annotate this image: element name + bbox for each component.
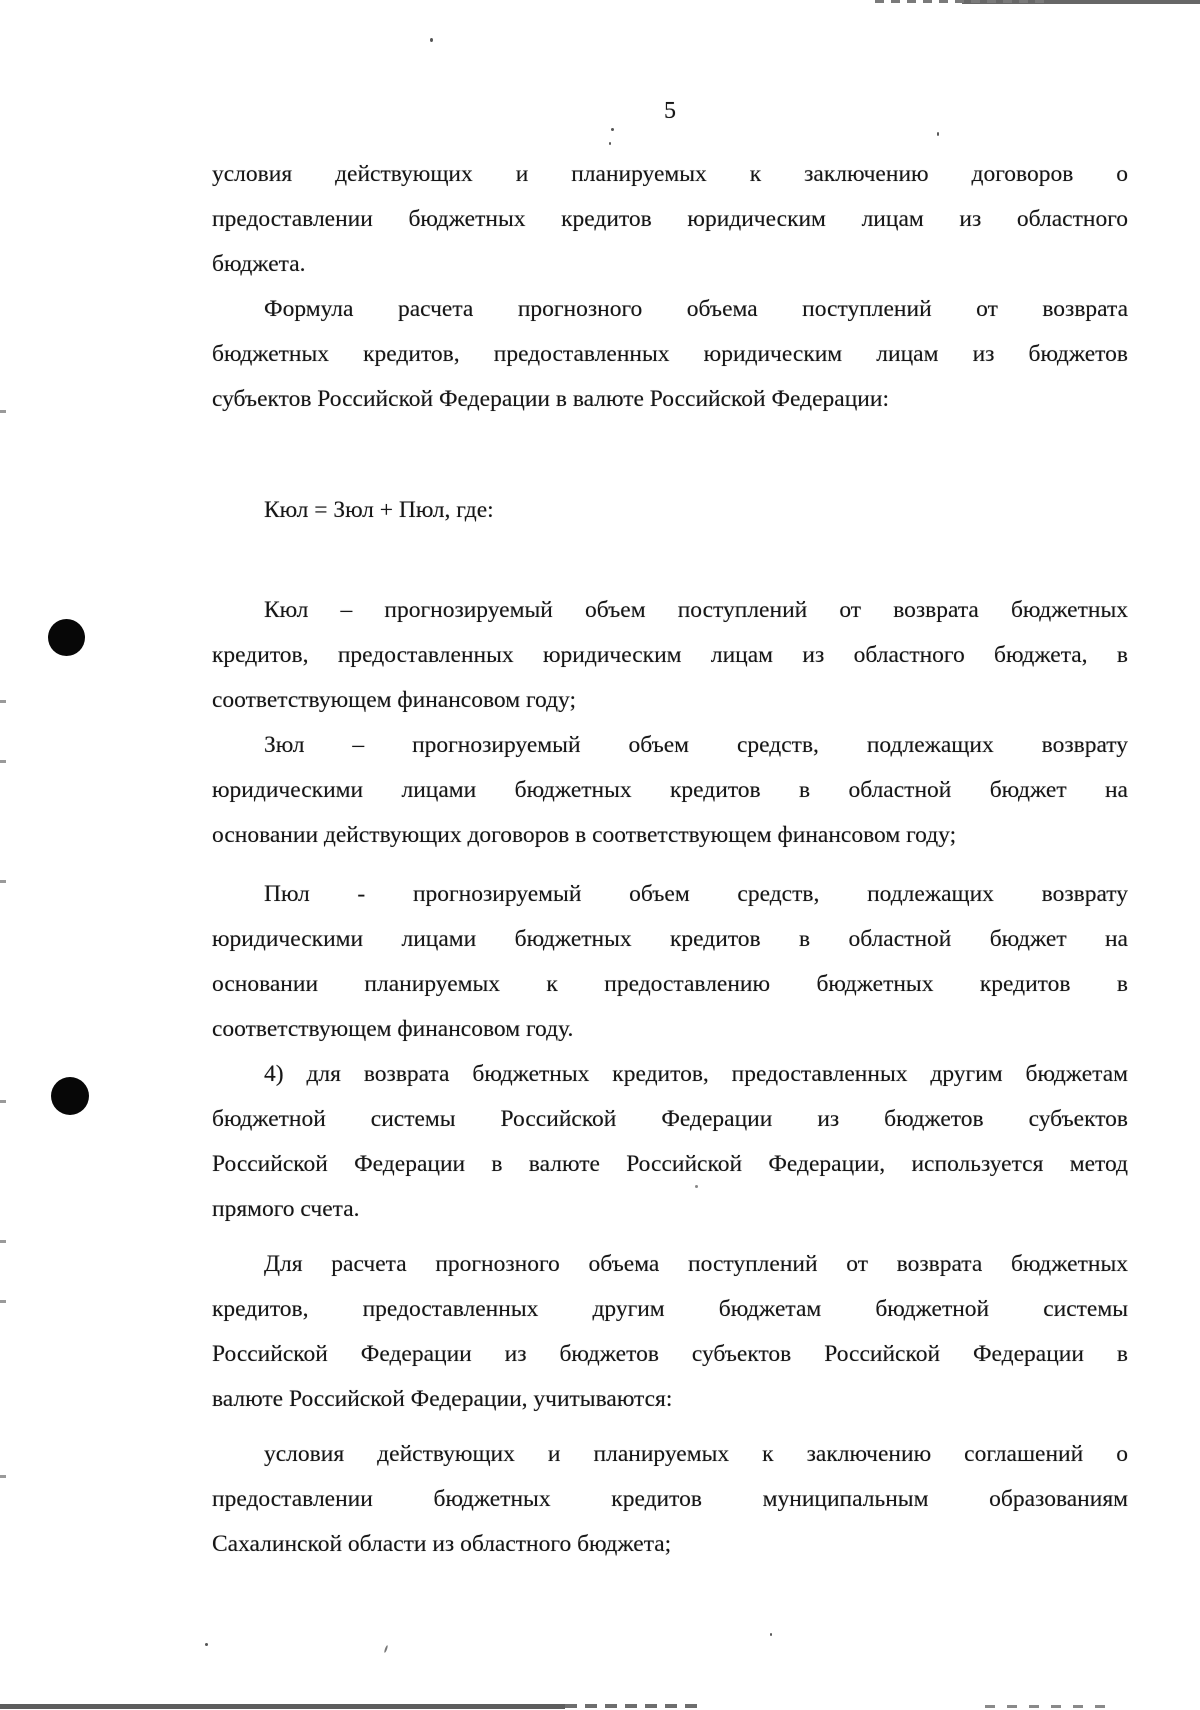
scan-edge-dashes-bottom xyxy=(565,1704,705,1708)
text-line: юридическими лицами бюджетных кредитов в… xyxy=(212,768,1128,813)
text-line: Сахалинской области из областного бюджет… xyxy=(212,1522,1128,1567)
text-line: кредитов, предоставленных другим бюджета… xyxy=(212,1287,1128,1332)
text-line: основании планируемых к предоставлению б… xyxy=(212,962,1128,1007)
scan-edge-tick xyxy=(0,1240,6,1243)
scan-edge-band-bottom xyxy=(0,1704,565,1709)
text-line: бюджетной системы Российской Федерации и… xyxy=(212,1097,1128,1142)
text-line: бюджета. xyxy=(212,242,1128,287)
text-line: субъектов Российской Федерации в валюте … xyxy=(212,377,1128,422)
hole-punch-dot xyxy=(48,619,85,656)
scan-edge-tick xyxy=(0,880,6,883)
scan-speck xyxy=(770,1633,772,1636)
text-line: Формула расчета прогнозного объема посту… xyxy=(212,287,1128,332)
text-line: валюте Российской Федерации, учитываются… xyxy=(212,1377,1128,1422)
paragraph: 4) для возврата бюджетных кредитов, пред… xyxy=(212,1052,1128,1232)
text-line: основании действующих договоров в соотве… xyxy=(212,813,1128,858)
scan-edge-tick xyxy=(0,1300,6,1303)
text-line: юридическими лицами бюджетных кредитов в… xyxy=(212,917,1128,962)
document-text-column: условия действующих и планируемых к закл… xyxy=(212,152,1128,1567)
text-line: Для расчета прогнозного объема поступлен… xyxy=(212,1242,1128,1287)
text-line: соответствующем финансовом году; xyxy=(212,678,1128,723)
scan-edge-tick xyxy=(0,410,6,413)
paragraph: Зюл – прогнозируемый объем средств, подл… xyxy=(212,723,1128,858)
scan-edge-tick xyxy=(0,1100,6,1103)
text-line: соответствующем финансовом году. xyxy=(212,1007,1128,1052)
scan-speck xyxy=(611,128,614,131)
scan-speck xyxy=(937,132,939,136)
text-line: Российской Федерации в валюте Российской… xyxy=(212,1142,1128,1187)
scan-speck xyxy=(205,1643,208,1646)
text-line: кредитов, предоставленных юридическим ли… xyxy=(212,633,1128,678)
text-line: Российской Федерации из бюджетов субъект… xyxy=(212,1332,1128,1377)
paragraph: Для расчета прогнозного объема поступлен… xyxy=(212,1242,1128,1422)
scan-edge-dashes-top xyxy=(875,0,1045,3)
page-number: 5 xyxy=(212,96,1128,126)
text-line: условия действующих и планируемых к закл… xyxy=(212,1432,1128,1477)
formula-line: Кюл = Зюл + Пюл, где: xyxy=(212,488,1128,533)
text-line: Пюл - прогнозируемый объем средств, подл… xyxy=(212,872,1128,917)
scan-speck xyxy=(609,142,611,145)
text-line: условия действующих и планируемых к закл… xyxy=(212,152,1128,197)
text-line: Кюл – прогнозируемый объем поступлений о… xyxy=(212,588,1128,633)
paragraph: Кюл – прогнозируемый объем поступлений о… xyxy=(212,588,1128,723)
paragraph: условия действующих и планируемых к закл… xyxy=(212,152,1128,287)
scan-edge-band-top xyxy=(962,0,1200,4)
scan-edge-tick xyxy=(0,760,6,763)
text-line: предоставлении бюджетных кредитов юридич… xyxy=(212,197,1128,242)
hole-punch-dot xyxy=(51,1077,89,1115)
text-line: предоставлении бюджетных кредитов муници… xyxy=(212,1477,1128,1522)
scan-speck xyxy=(384,1645,389,1653)
paragraph: Пюл - прогнозируемый объем средств, подл… xyxy=(212,872,1128,1052)
scan-edge-tick xyxy=(0,1475,6,1478)
text-line: бюджетных кредитов, предоставленных юрид… xyxy=(212,332,1128,377)
scan-edge-tick xyxy=(0,700,6,703)
text-line: прямого счета. xyxy=(212,1187,1128,1232)
paragraph: условия действующих и планируемых к закл… xyxy=(212,1432,1128,1567)
paragraph: Формула расчета прогнозного объема посту… xyxy=(212,287,1128,422)
scanned-document-page: 5 условия действующих и планируемых к за… xyxy=(0,0,1200,1710)
text-line: 4) для возврата бюджетных кредитов, пред… xyxy=(212,1052,1128,1097)
scan-speck xyxy=(430,38,433,42)
scan-edge-dashes-bottom-2 xyxy=(985,1705,1105,1708)
text-line: Зюл – прогнозируемый объем средств, подл… xyxy=(212,723,1128,768)
